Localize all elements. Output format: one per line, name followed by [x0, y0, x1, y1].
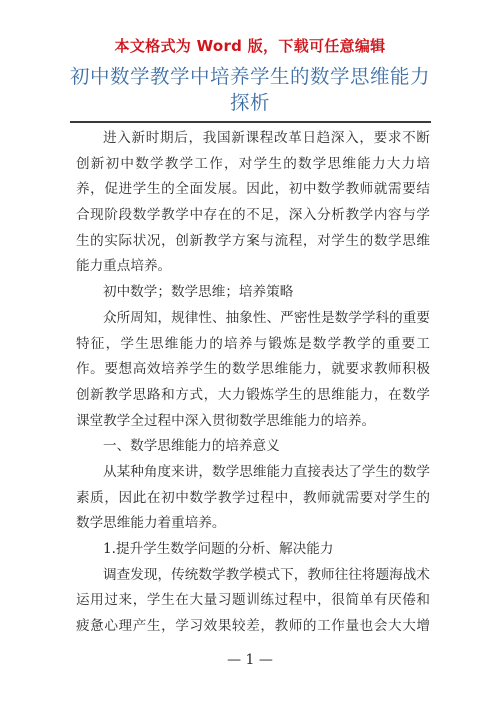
page-number: — 1 —: [0, 648, 500, 672]
title-line-2: 探析: [60, 90, 440, 116]
body-text-line: 生的实际状况，创新教学方案与流程，对学生的数学思维: [76, 229, 430, 255]
download-banner: 本文格式为 Word 版，下载可任意编辑: [0, 34, 500, 58]
body-text-line: 作。要想高效培养学生的数学思维能力，就要求教师积极: [76, 357, 430, 383]
body-text-line: 众所周知，规律性、抽象性、严密性是数学学科的重要: [76, 306, 430, 332]
body-text-line: 进入新时期后，我国新课程改革日趋深入，要求不断: [76, 126, 430, 152]
document-body: 进入新时期后，我国新课程改革日趋深入，要求不断创新初中数学教学工作，对学生的数学…: [76, 126, 430, 640]
title-line-1: 初中数学教学中培养学生的数学思维能力: [60, 64, 440, 90]
body-text-line: 一、数学思维能力的培养意义: [76, 434, 430, 460]
body-text-line: 创新初中数学教学工作，对学生的数学思维能力大力培: [76, 152, 430, 178]
document-title: 初中数学教学中培养学生的数学思维能力 探析: [60, 64, 440, 116]
body-text-line: 创新教学思路和方式，大力锻炼学生的思维能力，在数学: [76, 383, 430, 409]
body-text-line: 运用过来，学生在大量习题训练过程中，很简单有厌倦和: [76, 588, 430, 614]
title-divider: [70, 121, 431, 123]
body-text-line: 数学思维能力着重培养。: [76, 511, 430, 537]
body-text-line: 素质，因此在初中数学教学过程中，教师就需要对学生的: [76, 486, 430, 512]
body-text-line: 合现阶段数学教学中存在的不足，深入分析教学内容与学: [76, 203, 430, 229]
body-text-line: 养，促进学生的全面发展。因此，初中数学教师就需要结: [76, 177, 430, 203]
body-text-line: 调查发现，传统数学教学模式下，教师往往将题海战术: [76, 563, 430, 589]
body-text-line: 疲惫心理产生，学习效果较差，教师的工作量也会大大增: [76, 614, 430, 640]
body-text-line: 1.提升学生数学问题的分析、解决能力: [76, 537, 430, 563]
body-text-line: 从某种角度来讲，数学思维能力直接表达了学生的数学: [76, 460, 430, 486]
body-text-line: 初中数学；数学思维；培养策略: [76, 280, 430, 306]
body-text-line: 课堂教学全过程中深入贯彻数学思维能力的培养。: [76, 409, 430, 435]
body-text-line: 能力重点培养。: [76, 254, 430, 280]
body-text-line: 特征，学生思维能力的培养与锻炼是数学教学的重要工: [76, 332, 430, 358]
